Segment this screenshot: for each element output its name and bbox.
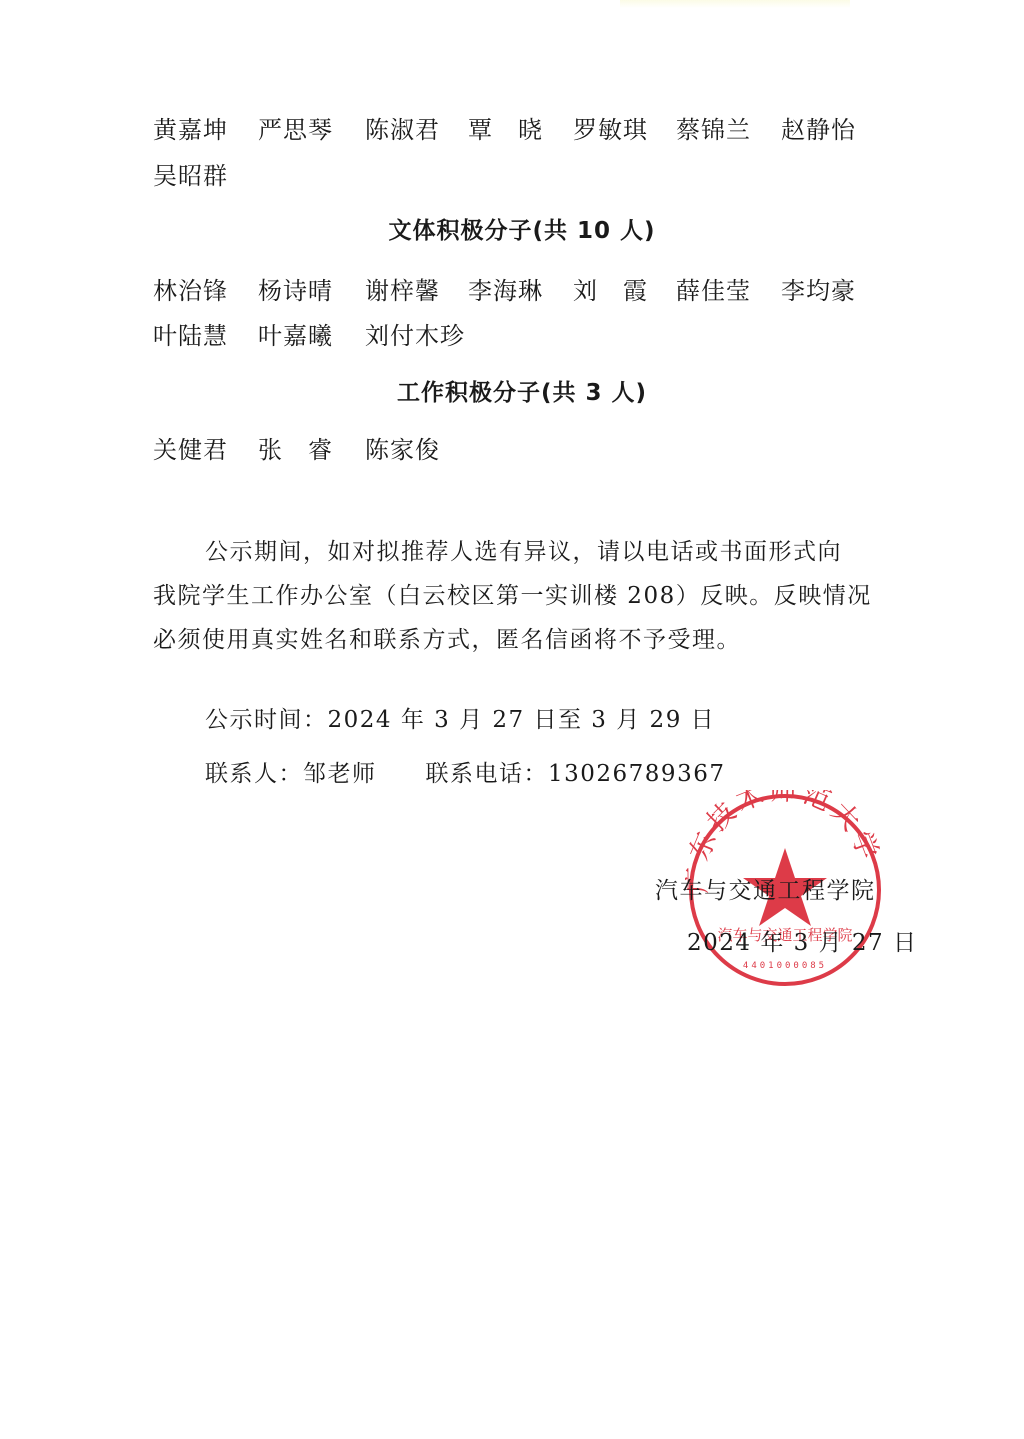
name: 关健君: [153, 435, 228, 465]
name: 严思琴: [258, 115, 333, 145]
name: 林治锋: [153, 276, 228, 306]
section-title-sports: 文体积极分子(共 10 人): [0, 216, 1024, 246]
name: 李海琳: [468, 276, 543, 306]
name: 陈家俊: [365, 435, 440, 465]
name: 李均豪: [781, 276, 856, 306]
name: 杨诗晴: [258, 276, 333, 306]
notice-line: 我院学生工作办公室（白云校区第一实训楼 208）反映。反映情况: [153, 574, 872, 618]
contact-text: 联系人：邹老师 联系电话：13026789367: [205, 752, 725, 796]
name: 陈淑君: [365, 115, 440, 145]
notice-period: 公示时间：2024 年 3 月 27 日至 3 月 29 日: [153, 698, 893, 742]
notice-paragraph: 公示期间，如对拟推荐人选有异议，请以电话或书面形式向 我院学生工作办公室（白云校…: [153, 530, 893, 670]
name: 刘 霞: [573, 276, 648, 306]
scan-artifact: [620, 0, 850, 8]
name: 叶陆慧: [153, 321, 228, 351]
document-page: 黄嘉坤 严思琴 陈淑君 覃 晓 罗敏琪 蔡锦兰 赵静怡 吴昭群 文体积极分子(共…: [0, 0, 1024, 1439]
name: 叶嘉曦: [258, 321, 333, 351]
notice-line: 公示期间，如对拟推荐人选有异议，请以电话或书面形式向: [205, 530, 842, 574]
notice-line: 必须使用真实姓名和联系方式，匿名信函将不予受理。: [153, 618, 741, 662]
name: 黄嘉坤: [153, 115, 228, 145]
signature-date: 2024 年 3 月 27 日: [687, 928, 918, 958]
signature-org: 汽车与交通工程学院: [655, 876, 876, 906]
name: 覃 晓: [468, 115, 543, 145]
svg-text:4401000085: 4401000085: [743, 961, 827, 971]
name: 吴昭群: [153, 161, 228, 191]
name: 赵静怡: [781, 115, 856, 145]
period-text: 公示时间：2024 年 3 月 27 日至 3 月 29 日: [205, 698, 715, 742]
section-title-work: 工作积极分子(共 3 人): [0, 378, 1024, 408]
name: 刘付木珍: [365, 321, 465, 351]
name: 薛佳莹: [676, 276, 751, 306]
name: 谢梓馨: [365, 276, 440, 306]
name: 张 睿: [258, 435, 333, 465]
name: 蔡锦兰: [676, 115, 751, 145]
name: 罗敏琪: [573, 115, 648, 145]
